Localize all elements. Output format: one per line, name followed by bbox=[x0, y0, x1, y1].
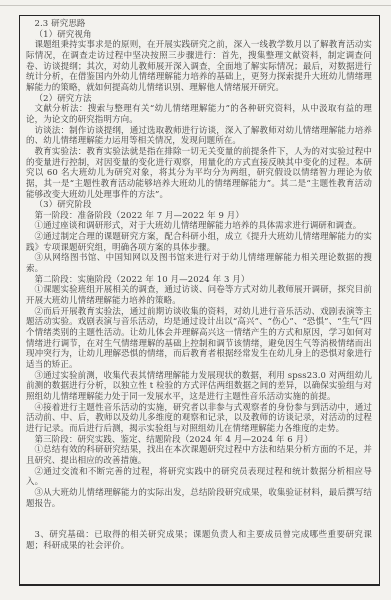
subsection-title-stages: （3）研究阶段 bbox=[26, 200, 372, 211]
page-top-rule bbox=[0, 5, 391, 6]
stage3-item-3: ③从大班幼儿情绪理解能力的实际出发，总结阶段研究成果，收集验证材料，最后撰写结题… bbox=[26, 488, 372, 509]
subsection-title-methods: （2）研究方法 bbox=[26, 94, 372, 105]
stage1-title: 第一阶段：准备阶段（2022 年 7 月—2022 年 9 月） bbox=[26, 211, 372, 222]
paragraph-experiment-method: 教育实验法：教育实验法就是指在排除一切无关变量的前提条件下，人为的对实验过程中的… bbox=[26, 147, 372, 200]
stage2-item-2: ②而后开展教育实验法，通过前期访谈收集的资料，对幼儿进行音乐活动、戏剧表演等主题… bbox=[26, 307, 372, 371]
stage3-item-1: ①总结有效的科研研究结果，找出在本次课题研究过程中方法和结果分析方面的不足，并且… bbox=[26, 445, 372, 466]
subsection-title-perspective: （1）研究视角 bbox=[26, 30, 372, 41]
stage3-item-2: ②通过交流和不断完善的过程，将研究实践中的研究员表现过程和统计数据分析相应导入。 bbox=[26, 467, 372, 488]
stage2-item-3: ③通过实验前测，收集代表其情绪理解能力发展现状的数据，利用 spss23.0 对… bbox=[26, 371, 372, 403]
stage1-item-3: ③从网络图书馆、中国知网以及图书馆来进行对于幼儿情绪理解能力相关理论数据的搜索。 bbox=[26, 253, 372, 274]
paragraph-literature-method: 文献分析法：搜索与整理有关“幼儿情绪理解能力”的各种研究资料，从中汲取有益的理论… bbox=[26, 104, 372, 125]
paragraph-research-basis: 3、研究基础：已取得的相关研究成果；课题负责人和主要成员曾完成哪些重要研究课题；… bbox=[26, 530, 372, 551]
stage1-item-2: ②通过制定合理的课题研究方案，配合科研小组，成立《提升大班幼儿情绪理解能力的实践… bbox=[26, 232, 372, 253]
stage2-title: 第二阶段：实施阶段（2022 年 10 月—2024 年 3 月） bbox=[26, 275, 372, 286]
stage2-item-4: ④接着进行主题性音乐活动的实施，研究者以非参与式观察者的身份参与到活动中，通过活… bbox=[26, 403, 372, 435]
section-title: 2.3 研究思路 bbox=[26, 19, 372, 30]
stage1-item-1: ①通过座谈和调研形式，对于大班幼儿情绪理解能力培养的具体需求进行调研和调查。 bbox=[26, 221, 372, 232]
paragraph-interview-method: 访谈法：制作访谈提纲，通过选取教师进行访谈，深入了解教师对幼儿情绪理解能力培养的… bbox=[26, 126, 372, 147]
stage3-title: 第三阶段：研究实践、鉴定、结题阶段（2024 年 4 月—2024 年 6 月） bbox=[26, 435, 372, 446]
stage2-item-1: ①课题实验班组开展相关的调查，通过访谈、问卷等方式对幼儿教师展开调研，探究目前开… bbox=[26, 285, 372, 306]
paragraph-perspective: 课题组秉持实事求是的原则，在开展实践研究之前，深入一线教学数月以了解教育活动实际… bbox=[26, 40, 372, 93]
document-frame: 2.3 研究思路 （1）研究视角 课题组秉持实事求是的原则，在开展实践研究之前，… bbox=[19, 15, 380, 586]
